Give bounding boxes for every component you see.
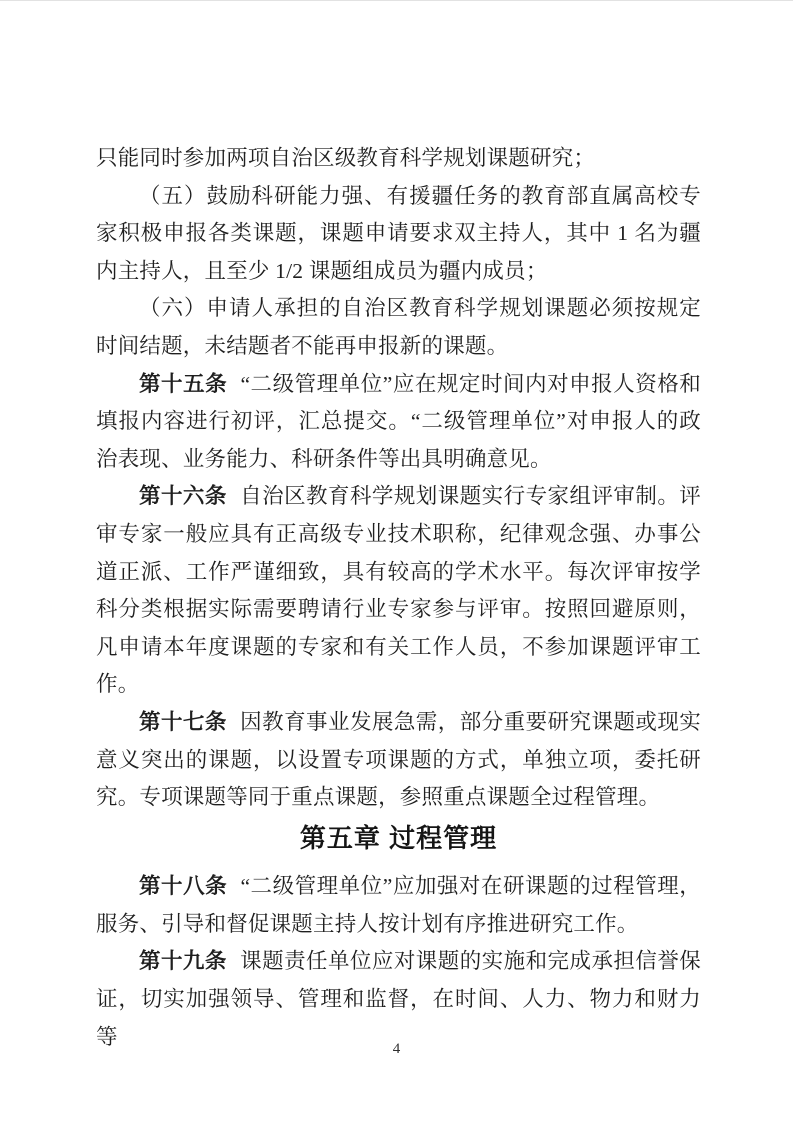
paragraph: （六）申请人承担的自治区教育科学规划课题必须按规定时间结题，未结题者不能再申报新… bbox=[96, 290, 701, 365]
chapter-heading: 第五章 过程管理 bbox=[96, 820, 701, 858]
page-number: 4 bbox=[0, 1041, 793, 1058]
article-number: 第十八条 bbox=[139, 874, 227, 898]
paragraph: （五）鼓励科研能力强、有援疆任务的教育部直属高校专家积极申报各类课题，课题申请要… bbox=[96, 178, 701, 291]
document-page: 只能同时参加两项自治区级教育科学规划课题研究； （五）鼓励科研能力强、有援疆任务… bbox=[0, 0, 793, 1122]
article-number: 第十九条 bbox=[139, 949, 227, 973]
paragraph-text: （六）申请人承担的自治区教育科学规划课题必须按规定时间结题，未结题者不能再申报新… bbox=[96, 296, 701, 358]
paragraph: 第十九条课题责任单位应对课题的实施和完成承担信誉保证，切实加强领导、管理和监督，… bbox=[96, 943, 701, 1056]
page-content: 只能同时参加两项自治区级教育科学规划课题研究； （五）鼓励科研能力强、有援疆任务… bbox=[96, 140, 701, 1056]
paragraph: 只能同时参加两项自治区级教育科学规划课题研究； bbox=[96, 140, 701, 178]
paragraph-text: 自治区教育科学规划课题实行专家组评审制。评审专家一般应具有正高级专业技术职称，纪… bbox=[96, 484, 701, 696]
paragraph: 第十六条自治区教育科学规划课题实行专家组评审制。评审专家一般应具有正高级专业技术… bbox=[96, 478, 701, 704]
paragraph-text: （五）鼓励科研能力强、有援疆任务的教育部直属高校专家积极申报各类课题，课题申请要… bbox=[96, 184, 701, 283]
article-number: 第十七条 bbox=[139, 710, 227, 734]
article-number: 第十六条 bbox=[139, 484, 227, 508]
paragraph: 第十五条“二级管理单位”应在规定时间内对申报人资格和填报内容进行初评，汇总提交。… bbox=[96, 366, 701, 479]
paragraph: 第十七条因教育事业发展急需，部分重要研究课题或现实意义突出的课题，以设置专项课题… bbox=[96, 704, 701, 817]
article-number: 第十五条 bbox=[139, 372, 227, 396]
paragraph: 第十八条“二级管理单位”应加强对在研课题的过程管理，服务、引导和督促课题主持人按… bbox=[96, 868, 701, 943]
paragraph-text: 只能同时参加两项自治区级教育科学规划课题研究； bbox=[96, 146, 595, 170]
